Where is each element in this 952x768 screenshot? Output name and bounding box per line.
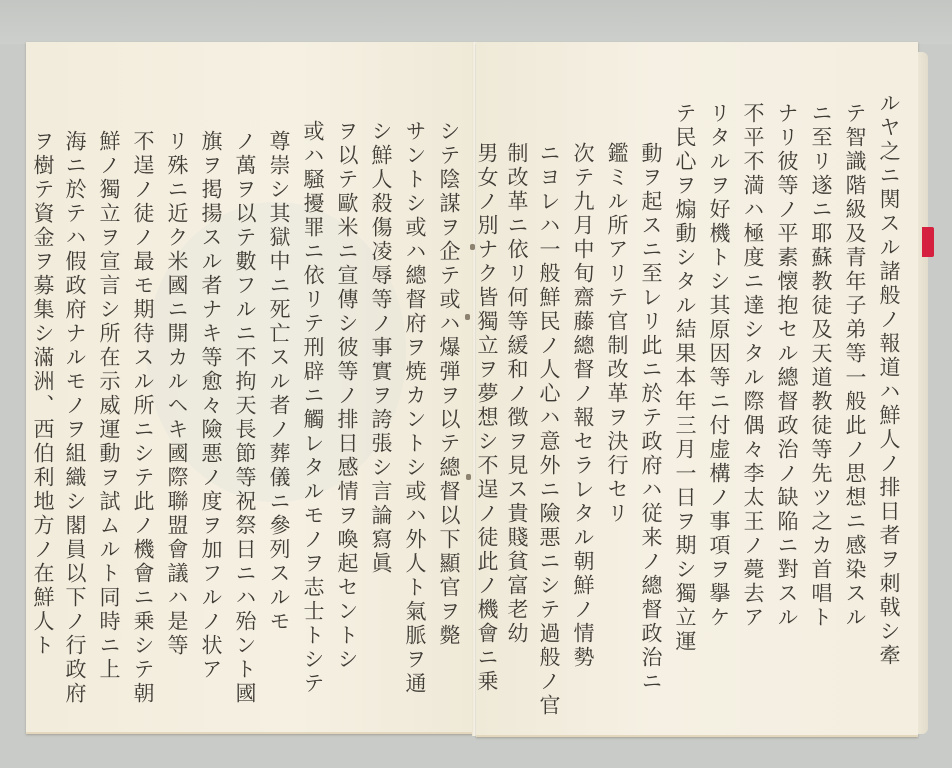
text-column: ニヨレハ一般鮮民ノ人心ハ意外ニ險悪ニシテ過般ノ官 <box>536 142 562 718</box>
text-column: 制改革ニ依リ何等緩和ノ徴ヲ見ス貴賤貧富老幼 <box>504 142 530 646</box>
text-column: 尊崇シ其獄中ニ死亡スル者ノ葬儀ニ參列スルモ <box>266 130 292 634</box>
text-column: 不平不満ハ極度ニ達シタル際偶々李太王ノ薨去ア <box>740 102 766 630</box>
right-page: ルヤ之ニ関スル諸般ノ報道ハ鮮人ノ排日者ヲ刺戟シ牽 テ智識階級及青年子弟等一般此ノ… <box>476 42 918 737</box>
text-column: リタルヲ好機トシ其原因等ニ付虚構ノ事項ヲ擧ケ <box>706 102 732 630</box>
text-column: 海ニ於テハ假政府ナルモノヲ組織シ閣員以下ノ行政府 <box>62 130 88 706</box>
text-column: 不逞ノ徒ノ最モ期待スル所ニシテ此ノ機會ニ乗シテ朝 <box>130 130 156 706</box>
text-column: 或ハ騒擾罪ニ依リテ刑辟ニ觸レタルモノヲ志士トシテ <box>300 120 326 696</box>
text-column: ヲ以テ歐米ニ宣傳シ彼等ノ排日感情ヲ喚起セントシ <box>334 120 360 672</box>
text-column: リ殊ニ近ク米國ニ開カルヘキ國際聯盟會議ハ是等 <box>164 130 190 658</box>
text-column: テ智識階級及青年子弟等一般此ノ思想ニ感染スル <box>842 102 868 630</box>
text-column: 次テ九月中旬齋藤總督ノ報セラレタル朝鮮ノ情勢 <box>570 142 596 670</box>
text-column: ルヤ之ニ関スル諸般ノ報道ハ鮮人ノ排日者ヲ刺戟シ牽 <box>876 92 902 668</box>
binding-hole <box>465 314 470 320</box>
background <box>0 0 952 44</box>
text-column: ノ萬ヲ以テ數フルニ不拘天長節等祝祭日ニハ殆ント國 <box>232 130 258 706</box>
text-column: 男女ノ別ナク皆獨立ヲ夢想シ不逞ノ徒此ノ機會ニ乗 <box>474 142 500 694</box>
text-column: ニ至リ遂ニ耶蘇教徒及天道教徒等先ツ之カ首唱ト <box>808 102 834 630</box>
text-column: 鑑ミル所アリテ官制改革ヲ決行セリ <box>604 142 630 526</box>
text-column: 旗ヲ掲揚スル者ナキ等愈々險悪ノ度ヲ加フルノ状ア <box>198 130 224 682</box>
text-column: 動ヲ起スニ至レリ此ニ於テ政府ハ従来ノ總督政治ニ <box>638 142 664 694</box>
page-stack-edge <box>918 52 928 734</box>
text-column: シ鮮人殺傷凌辱等ノ事實ヲ誇張シ言論寫眞 <box>368 120 394 576</box>
text-column: サントシ或ハ總督府ヲ焼カントシ或ハ外人ト氣脈ヲ通 <box>402 120 428 696</box>
text-column: シテ陰謀ヲ企テ或ハ爆弾ヲ以テ總督以下顯官ヲ斃 <box>436 120 462 648</box>
binding-hole <box>466 474 471 480</box>
text-column: 鮮ノ獨立ヲ宣言シ所在示威運動ヲ試ムルト同時ニ上 <box>96 130 122 682</box>
red-bookmark-tab <box>922 227 934 257</box>
text-column: ヲ樹テ資金ヲ募集シ滿洲、西伯利地方ノ在鮮人ト <box>30 130 56 658</box>
text-column: ナリ彼等ノ平素懐抱セル總督政治ノ缺陥ニ對スル <box>774 102 800 630</box>
text-column: テ民心ヲ煽動シタル結果本年三月一日ヲ期シ獨立運 <box>672 102 698 654</box>
left-page: シテ陰謀ヲ企テ或ハ爆弾ヲ以テ總督以下顯官ヲ斃 サントシ或ハ總督府ヲ焼カントシ或ハ… <box>26 42 474 734</box>
